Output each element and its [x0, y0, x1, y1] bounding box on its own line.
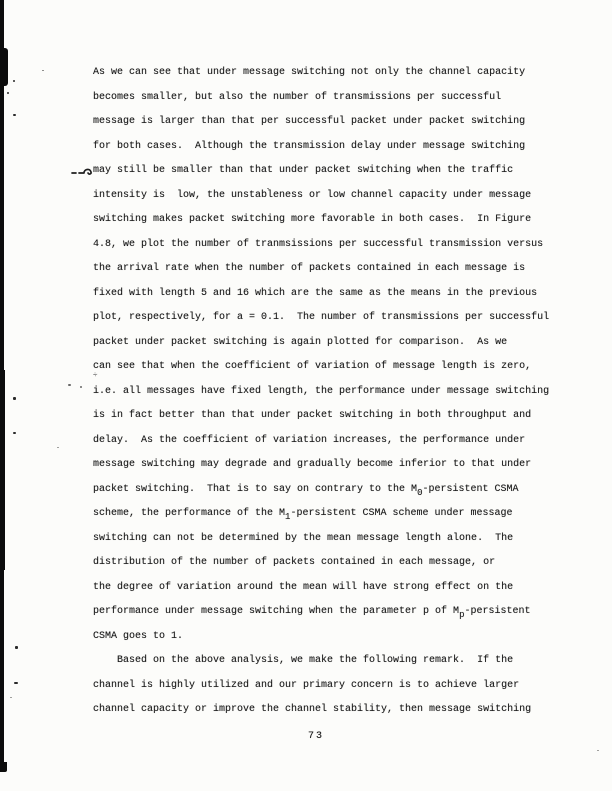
text-line: for both cases. Although the transmissio…	[93, 135, 563, 160]
text-line: 4.8, we plot the number of tranmsissions…	[93, 233, 563, 258]
scan-speck	[13, 114, 16, 116]
text-line: packet switching. That is to say on cont…	[93, 478, 563, 503]
margin-arrow-annotation-icon	[71, 165, 95, 178]
text-line: i.e. all messages have fixed length, the…	[93, 380, 563, 405]
text-line: packet under packet switching is again p…	[93, 331, 563, 356]
text-line: becomes smaller, but also the number of …	[93, 86, 563, 111]
text-line: Based on the above analysis, we make the…	[93, 649, 563, 674]
text-line: plot, respectively, for a = 0.1. The num…	[93, 306, 563, 331]
text-line: switching can not be determined by the m…	[93, 527, 563, 552]
scan-speck	[10, 697, 12, 698]
text-line: switching makes packet switching more fa…	[93, 208, 563, 233]
scan-speck	[14, 682, 18, 684]
scan-speck	[597, 750, 599, 751]
page-number: 73	[296, 731, 336, 742]
text-line: channel capacity or improve the channel …	[93, 698, 563, 723]
text-line: the degree of variation around the mean …	[93, 576, 563, 601]
text-line: can see that when the coefficient of var…	[93, 355, 563, 380]
text-line: may still be smaller than that under pac…	[93, 159, 563, 184]
scan-speck	[15, 646, 18, 649]
text-line: the arrival rate when the number of pack…	[93, 257, 563, 282]
text-line: is in fact better than that under packet…	[93, 404, 563, 429]
text-line: fixed with length 5 and 16 which are the…	[93, 282, 563, 307]
body-text: As we can see that under message switchi…	[93, 61, 563, 723]
text-line: scheme, the performance of the M1-persis…	[93, 502, 563, 527]
pencil-dot	[68, 384, 71, 386]
text-line: performance under message switching when…	[93, 600, 563, 625]
text-line: distribution of the number of packets co…	[93, 551, 563, 576]
pencil-dot	[80, 386, 82, 388]
scan-edge-bar-lower	[0, 370, 5, 570]
scanned-document-page: ÷ As we can see that under message switc…	[0, 0, 612, 791]
scan-speck	[13, 432, 16, 434]
scan-speck	[13, 80, 15, 82]
text-line: As we can see that under message switchi…	[93, 61, 563, 86]
scan-speck	[13, 397, 16, 400]
scan-edge-foot	[0, 762, 7, 772]
text-line: delay. As the coefficient of variation i…	[93, 429, 563, 454]
text-line: intensity is low, the unstableness or lo…	[93, 184, 563, 209]
scan-edge-blob	[0, 48, 8, 86]
text-line: channel is highly utilized and our prima…	[93, 674, 563, 699]
text-line: message switching may degrade and gradua…	[93, 453, 563, 478]
scan-speck	[57, 447, 59, 448]
text-line: CSMA goes to 1.	[93, 625, 563, 650]
scan-speck	[7, 92, 9, 94]
text-line: message is larger than that per successf…	[93, 110, 563, 135]
scan-speck	[42, 70, 44, 71]
